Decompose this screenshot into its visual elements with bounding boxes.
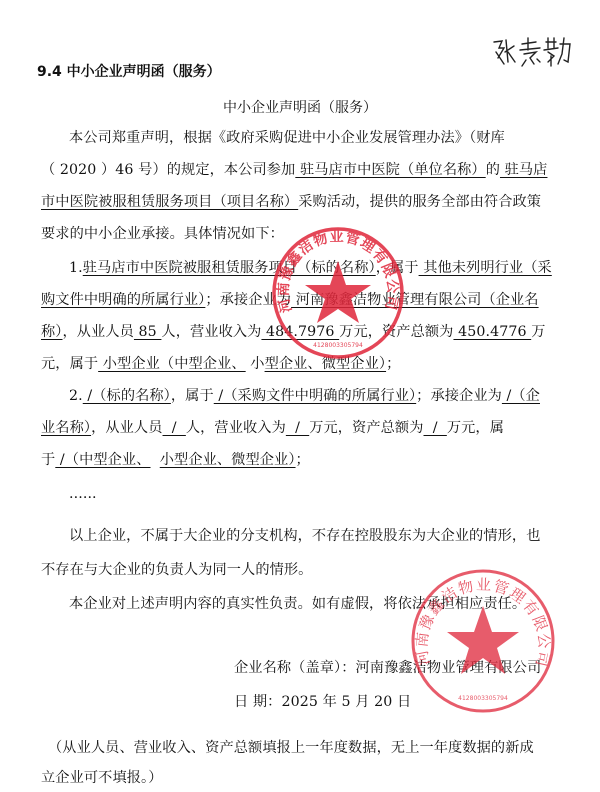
intro-line-4: 要求的中小企业承接。具体情况如下：: [41, 224, 556, 244]
intro-line-3: 市中医院被服租赁服务项目（项目名称）采购活动，提供的服务全部由符合政策: [41, 192, 556, 212]
item1-subject: 驻马店市中医院被服租赁服务项目（标的名称）: [83, 260, 376, 276]
note-line-1: （从业人员、营业收入、资产总额填报上一年度数据，无上一年度数据的新成: [48, 738, 563, 758]
item2-subject: /（标的名称）: [83, 388, 171, 404]
company-name-line: 企业名称（盖章）：河南豫鑫洁物业管理有限公司: [234, 658, 564, 678]
item2-size: /（中型企业、: [55, 452, 150, 468]
item1-line-2: 购文件中明确的所属行业）；承接企业为 河南豫鑫洁物业管理有限公司（企业名: [41, 290, 556, 310]
item1-industry: 其他未列明行业（采: [419, 260, 552, 276]
item2-employees: /: [163, 420, 186, 436]
not-large-line-2: 不存在与大企业的负责人为同一人的情形。: [41, 560, 556, 580]
item1-line-3: 称），从业人员 85 人，营业收入为 484.7976 万元，资产总额为 450…: [41, 322, 556, 342]
svg-text:4128003305794: 4128003305794: [313, 342, 363, 349]
item1-employees: 85: [134, 324, 161, 340]
not-large-line-1: 以上企业，不属于大企业的分支机构，不存在控股股东为大企业的情形，也: [69, 526, 556, 546]
item2-line-2: 业名称），从业人员 / 人，营业收入为 / 万元，资产总额为 / 万元，属: [41, 418, 556, 438]
item2-revenue: /: [286, 420, 309, 436]
item1-revenue: 484.7976: [261, 324, 339, 340]
ellipsis: ......: [69, 484, 556, 504]
item2-line-1: 2. /（标的名称），属于 /（采购文件中明确的所属行业）；承接企业为 /（企: [69, 386, 556, 406]
svg-text:河南豫鑫洁物业管理有限公司: 河南豫鑫洁物业管理有限公司: [413, 576, 554, 670]
section-heading: 9.4 中小企业声明函（服务）: [37, 61, 221, 81]
item1-line-1: 1.驻马店市中医院被服租赁服务项目（标的名称），属于 其他未列明行业（采: [69, 258, 556, 278]
purchaser-name: 驻马店市中医院（单位名称）: [295, 162, 485, 178]
item1-assets: 450.4776: [453, 324, 531, 340]
item1-contractor: 河南豫鑫洁物业管理有限公司（企业名: [291, 292, 539, 308]
item1-line-4: 元，属于 小型企业（中型企业、 小型企业、微型企业）；: [41, 354, 556, 374]
document-title: 中小企业声明函（服务）: [0, 97, 600, 117]
handwritten-signature: 张素勤: [490, 32, 580, 72]
item2-contractor: /（企: [502, 388, 540, 404]
date-line: 日 期：2025 年 5 月 20 日: [234, 692, 564, 712]
note-line-2: 立企业可不填报。）: [41, 768, 556, 788]
intro-line-2: （ 2020 ）46 号）的规定，本公司参加 驻马店市中医院（单位名称）的 驻马…: [41, 160, 556, 180]
project-name-part1: 驻马店: [500, 162, 547, 178]
truth-statement: 本企业对上述声明内容的真实性负责。如有虚假，将依法承担相应责任。: [69, 594, 556, 614]
intro-line-1: 本公司郑重声明，根据《政府采购促进中小企业发展管理办法》（财库: [69, 128, 556, 148]
item2-industry: /（采购文件中明确的所属行业）: [214, 388, 416, 404]
item2-line-3: 于 /（中型企业、 小型企业、微型企业）；: [41, 450, 556, 470]
project-name-part2: 市中医院被服租赁服务项目（项目名称）: [41, 194, 298, 210]
item2-assets: /: [424, 420, 447, 436]
item1-size: 小型企业（中型企业、: [98, 356, 246, 372]
